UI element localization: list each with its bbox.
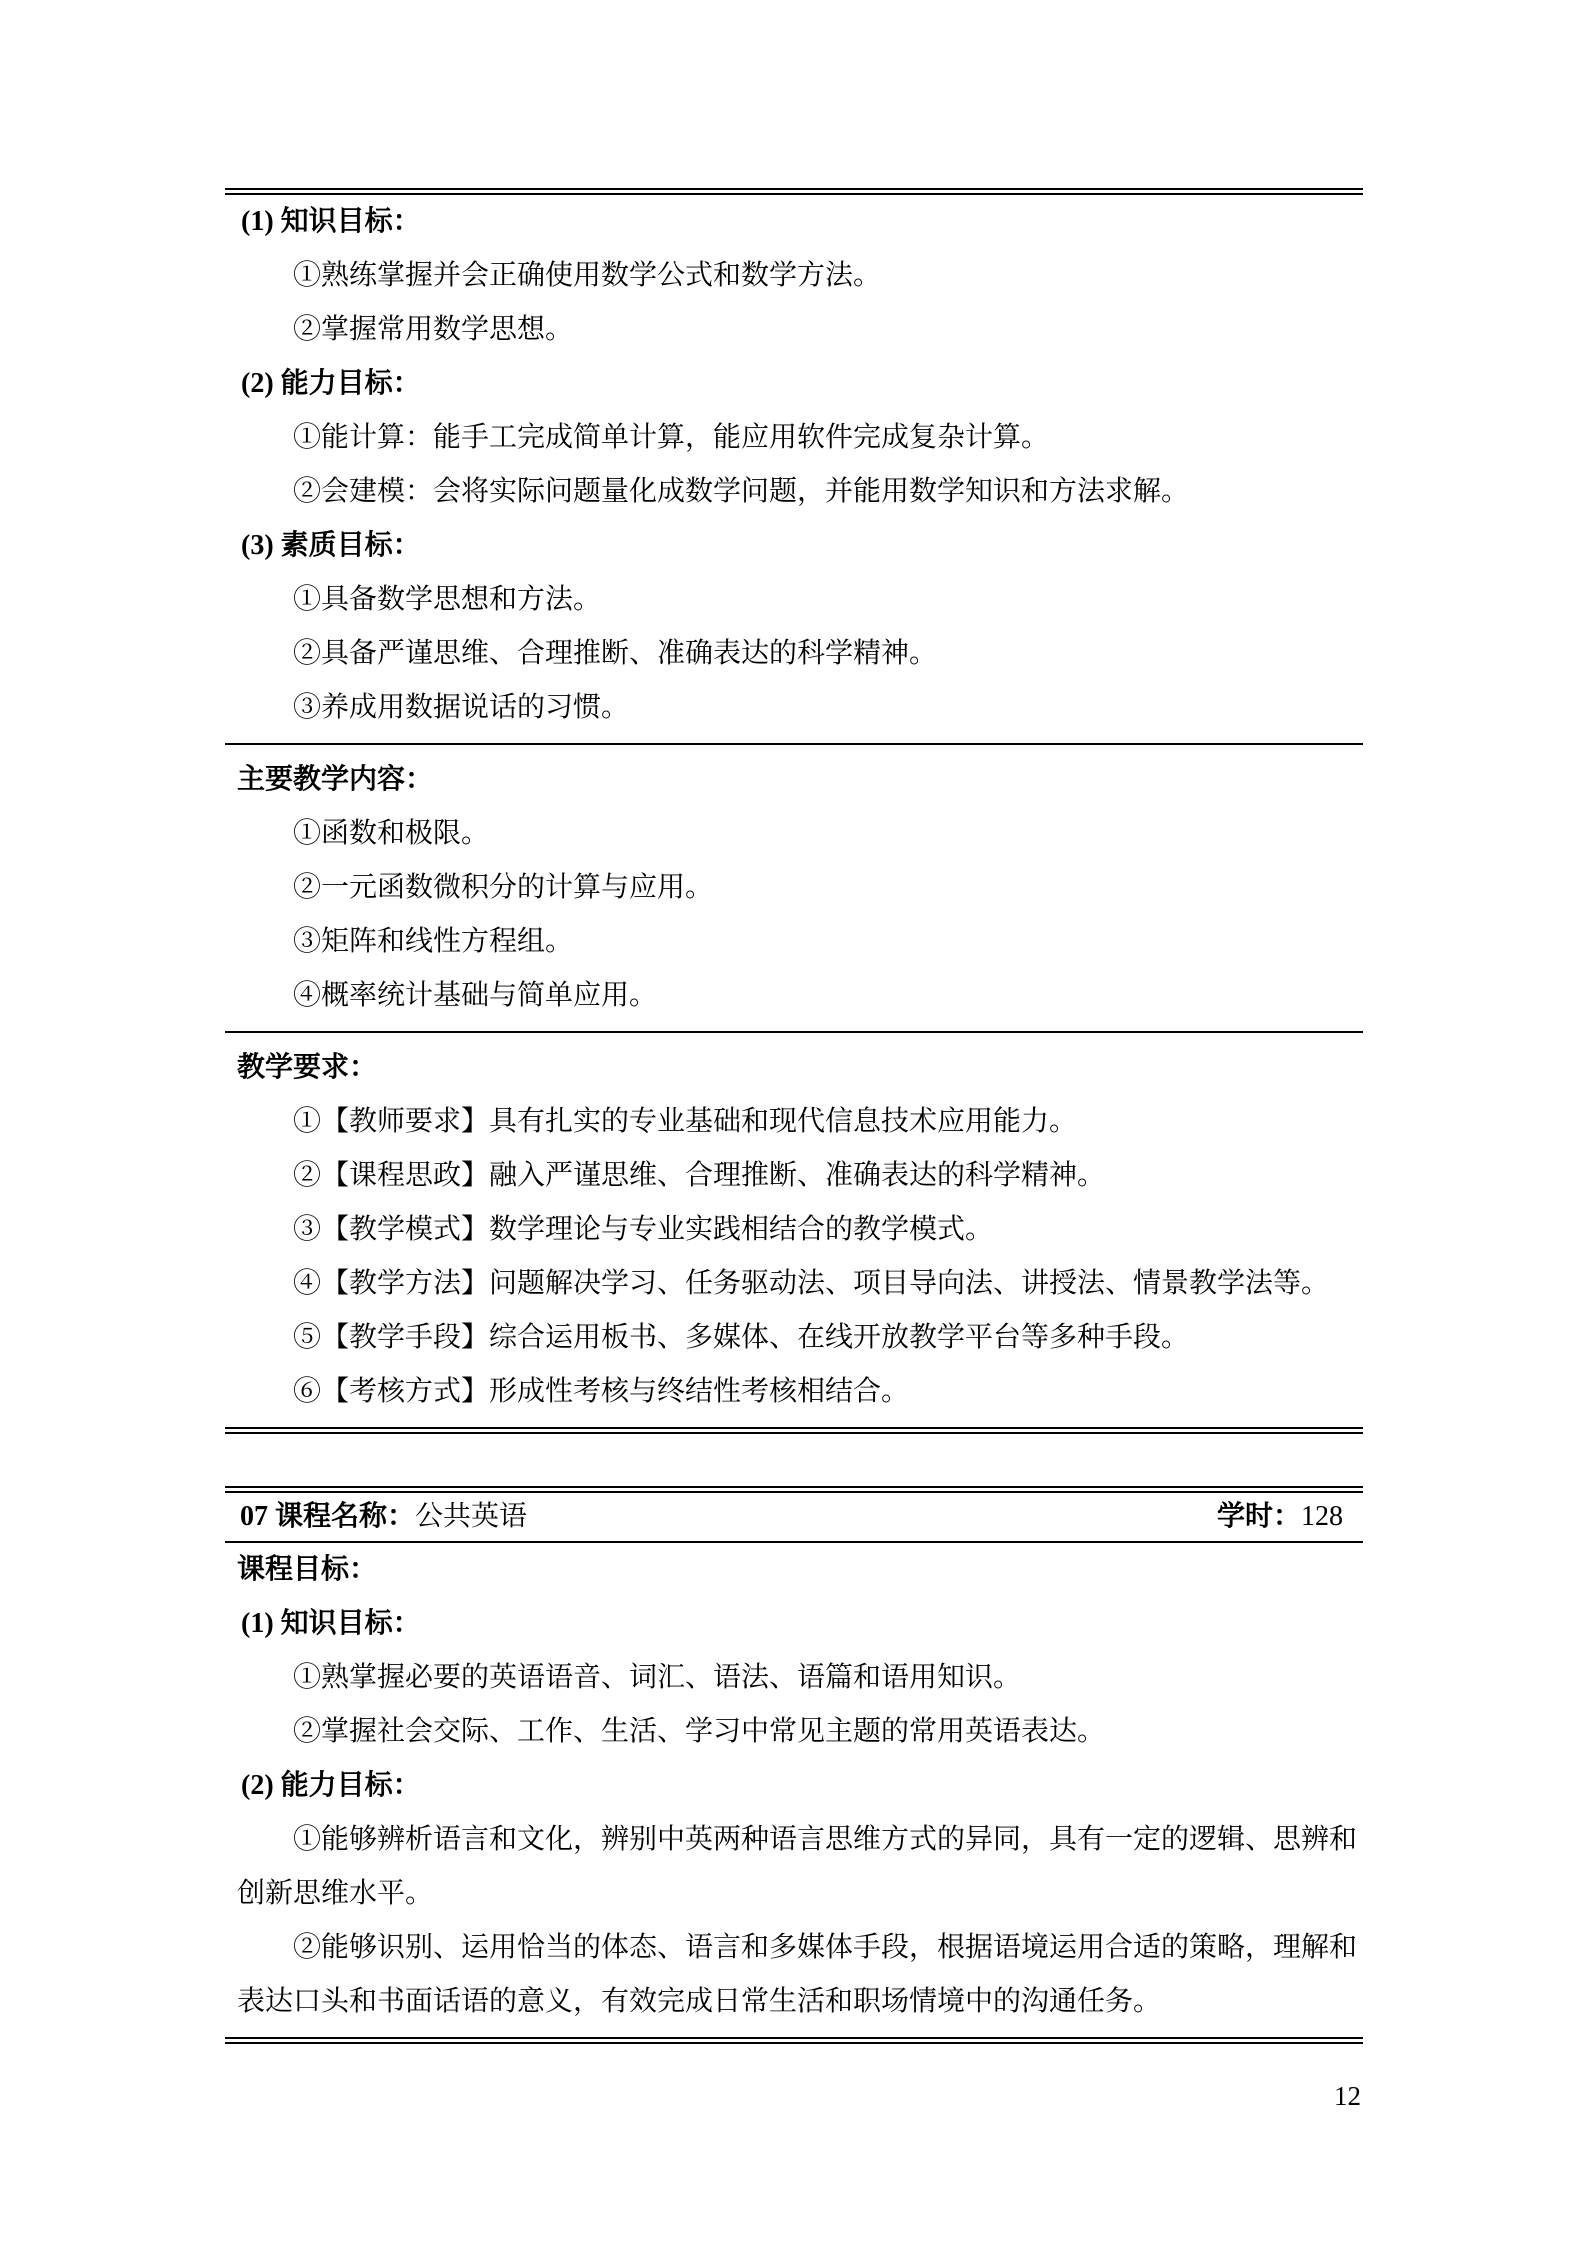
divider-double-bottom	[225, 2037, 1363, 2044]
divider-double-block-start	[225, 1486, 1363, 1493]
teaching-content-item: ④概率统计基础与简单应用。	[225, 969, 1363, 1023]
knowledge-objective-heading: (1) 知识目标：	[225, 195, 1363, 249]
knowledge-objective-item: ②掌握社会交际、工作、生活、学习中常见主题的常用英语表达。	[225, 1705, 1363, 1759]
ability-objective-item-continuation: 创新思维水平。	[225, 1867, 1363, 1921]
course-goal-heading: 课程目标：	[225, 1543, 1363, 1597]
course-hours-label: 学时：	[1217, 1501, 1301, 1532]
divider-single	[225, 743, 1363, 745]
teaching-requirement-item: ⑥【考核方式】形成性考核与终结性考核相结合。	[225, 1365, 1363, 1419]
teaching-content-heading: 主要教学内容：	[225, 753, 1363, 807]
divider-single	[225, 1031, 1363, 1033]
course-number-label: 07 课程名称：	[240, 1501, 415, 1532]
knowledge-objective-heading: (1) 知识目标：	[225, 1597, 1363, 1651]
teaching-content-item: ①函数和极限。	[225, 807, 1363, 861]
teaching-requirement-item: ③【教学模式】数学理论与专业实践相结合的教学模式。	[225, 1203, 1363, 1257]
ability-objective-item: ①能计算：能手工完成简单计算，能应用软件完成复杂计算。	[225, 411, 1363, 465]
ability-objective-item-line: ②能够识别、运用恰当的体态、语言和多媒体手段，根据语境运用合适的策略，理解和	[225, 1921, 1363, 1975]
ability-objective-item-continuation: 表达口头和书面话语的意义，有效完成日常生活和职场情境中的沟通任务。	[225, 1975, 1363, 2029]
course-hours-group: 学时：128	[1217, 1493, 1343, 1541]
divider-double-block-end	[225, 1427, 1363, 1434]
document-page: { "page": { "number": "12", "background_…	[0, 0, 1587, 2245]
teaching-requirement-item: ①【教师要求】具有扎实的专业基础和现代信息技术应用能力。	[225, 1095, 1363, 1149]
syllabus-content: (1) 知识目标： ①熟练掌握并会正确使用数学公式和数学方法。 ②掌握常用数学思…	[225, 188, 1363, 2116]
divider-double-top	[225, 188, 1363, 195]
teaching-requirement-item: ④【教学方法】问题解决学习、任务驱动法、项目导向法、讲授法、情景教学法等。	[225, 1257, 1363, 1311]
page-number: 12	[225, 2076, 1363, 2116]
quality-objective-heading: (3) 素质目标：	[225, 519, 1363, 573]
ability-objective-item-line: ①能够辨析语言和文化，辨别中英两种语言思维方式的异同，具有一定的逻辑、思辨和	[225, 1813, 1363, 1867]
quality-objective-item: ②具备严谨思维、合理推断、准确表达的科学精神。	[225, 627, 1363, 681]
quality-objective-item: ③养成用数据说话的习惯。	[225, 681, 1363, 735]
teaching-requirements-heading: 教学要求：	[225, 1041, 1363, 1095]
block-gap	[225, 1434, 1363, 1486]
ability-objective-heading: (2) 能力目标：	[225, 357, 1363, 411]
knowledge-objective-item: ①熟练掌握并会正确使用数学公式和数学方法。	[225, 249, 1363, 303]
ability-objective-item: ②会建模：会将实际问题量化成数学问题，并能用数学知识和方法求解。	[225, 465, 1363, 519]
knowledge-objective-item: ①熟掌握必要的英语语音、词汇、语法、语篇和语用知识。	[225, 1651, 1363, 1705]
teaching-requirement-item: ②【课程思政】融入严谨思维、合理推断、准确表达的科学精神。	[225, 1149, 1363, 1203]
teaching-content-item: ③矩阵和线性方程组。	[225, 915, 1363, 969]
course-hours-value: 128	[1301, 1501, 1343, 1532]
knowledge-objective-item: ②掌握常用数学思想。	[225, 303, 1363, 357]
course-name-group: 07 课程名称：公共英语	[240, 1493, 527, 1541]
ability-objective-heading: (2) 能力目标：	[225, 1759, 1363, 1813]
quality-objective-item: ①具备数学思想和方法。	[225, 573, 1363, 627]
teaching-requirement-item: ⑤【教学手段】综合运用板书、多媒体、在线开放教学平台等多种手段。	[225, 1311, 1363, 1365]
course-header-row: 07 课程名称：公共英语 学时：128	[225, 1493, 1363, 1541]
teaching-content-item: ②一元函数微积分的计算与应用。	[225, 861, 1363, 915]
course-name-value: 公共英语	[415, 1501, 527, 1532]
